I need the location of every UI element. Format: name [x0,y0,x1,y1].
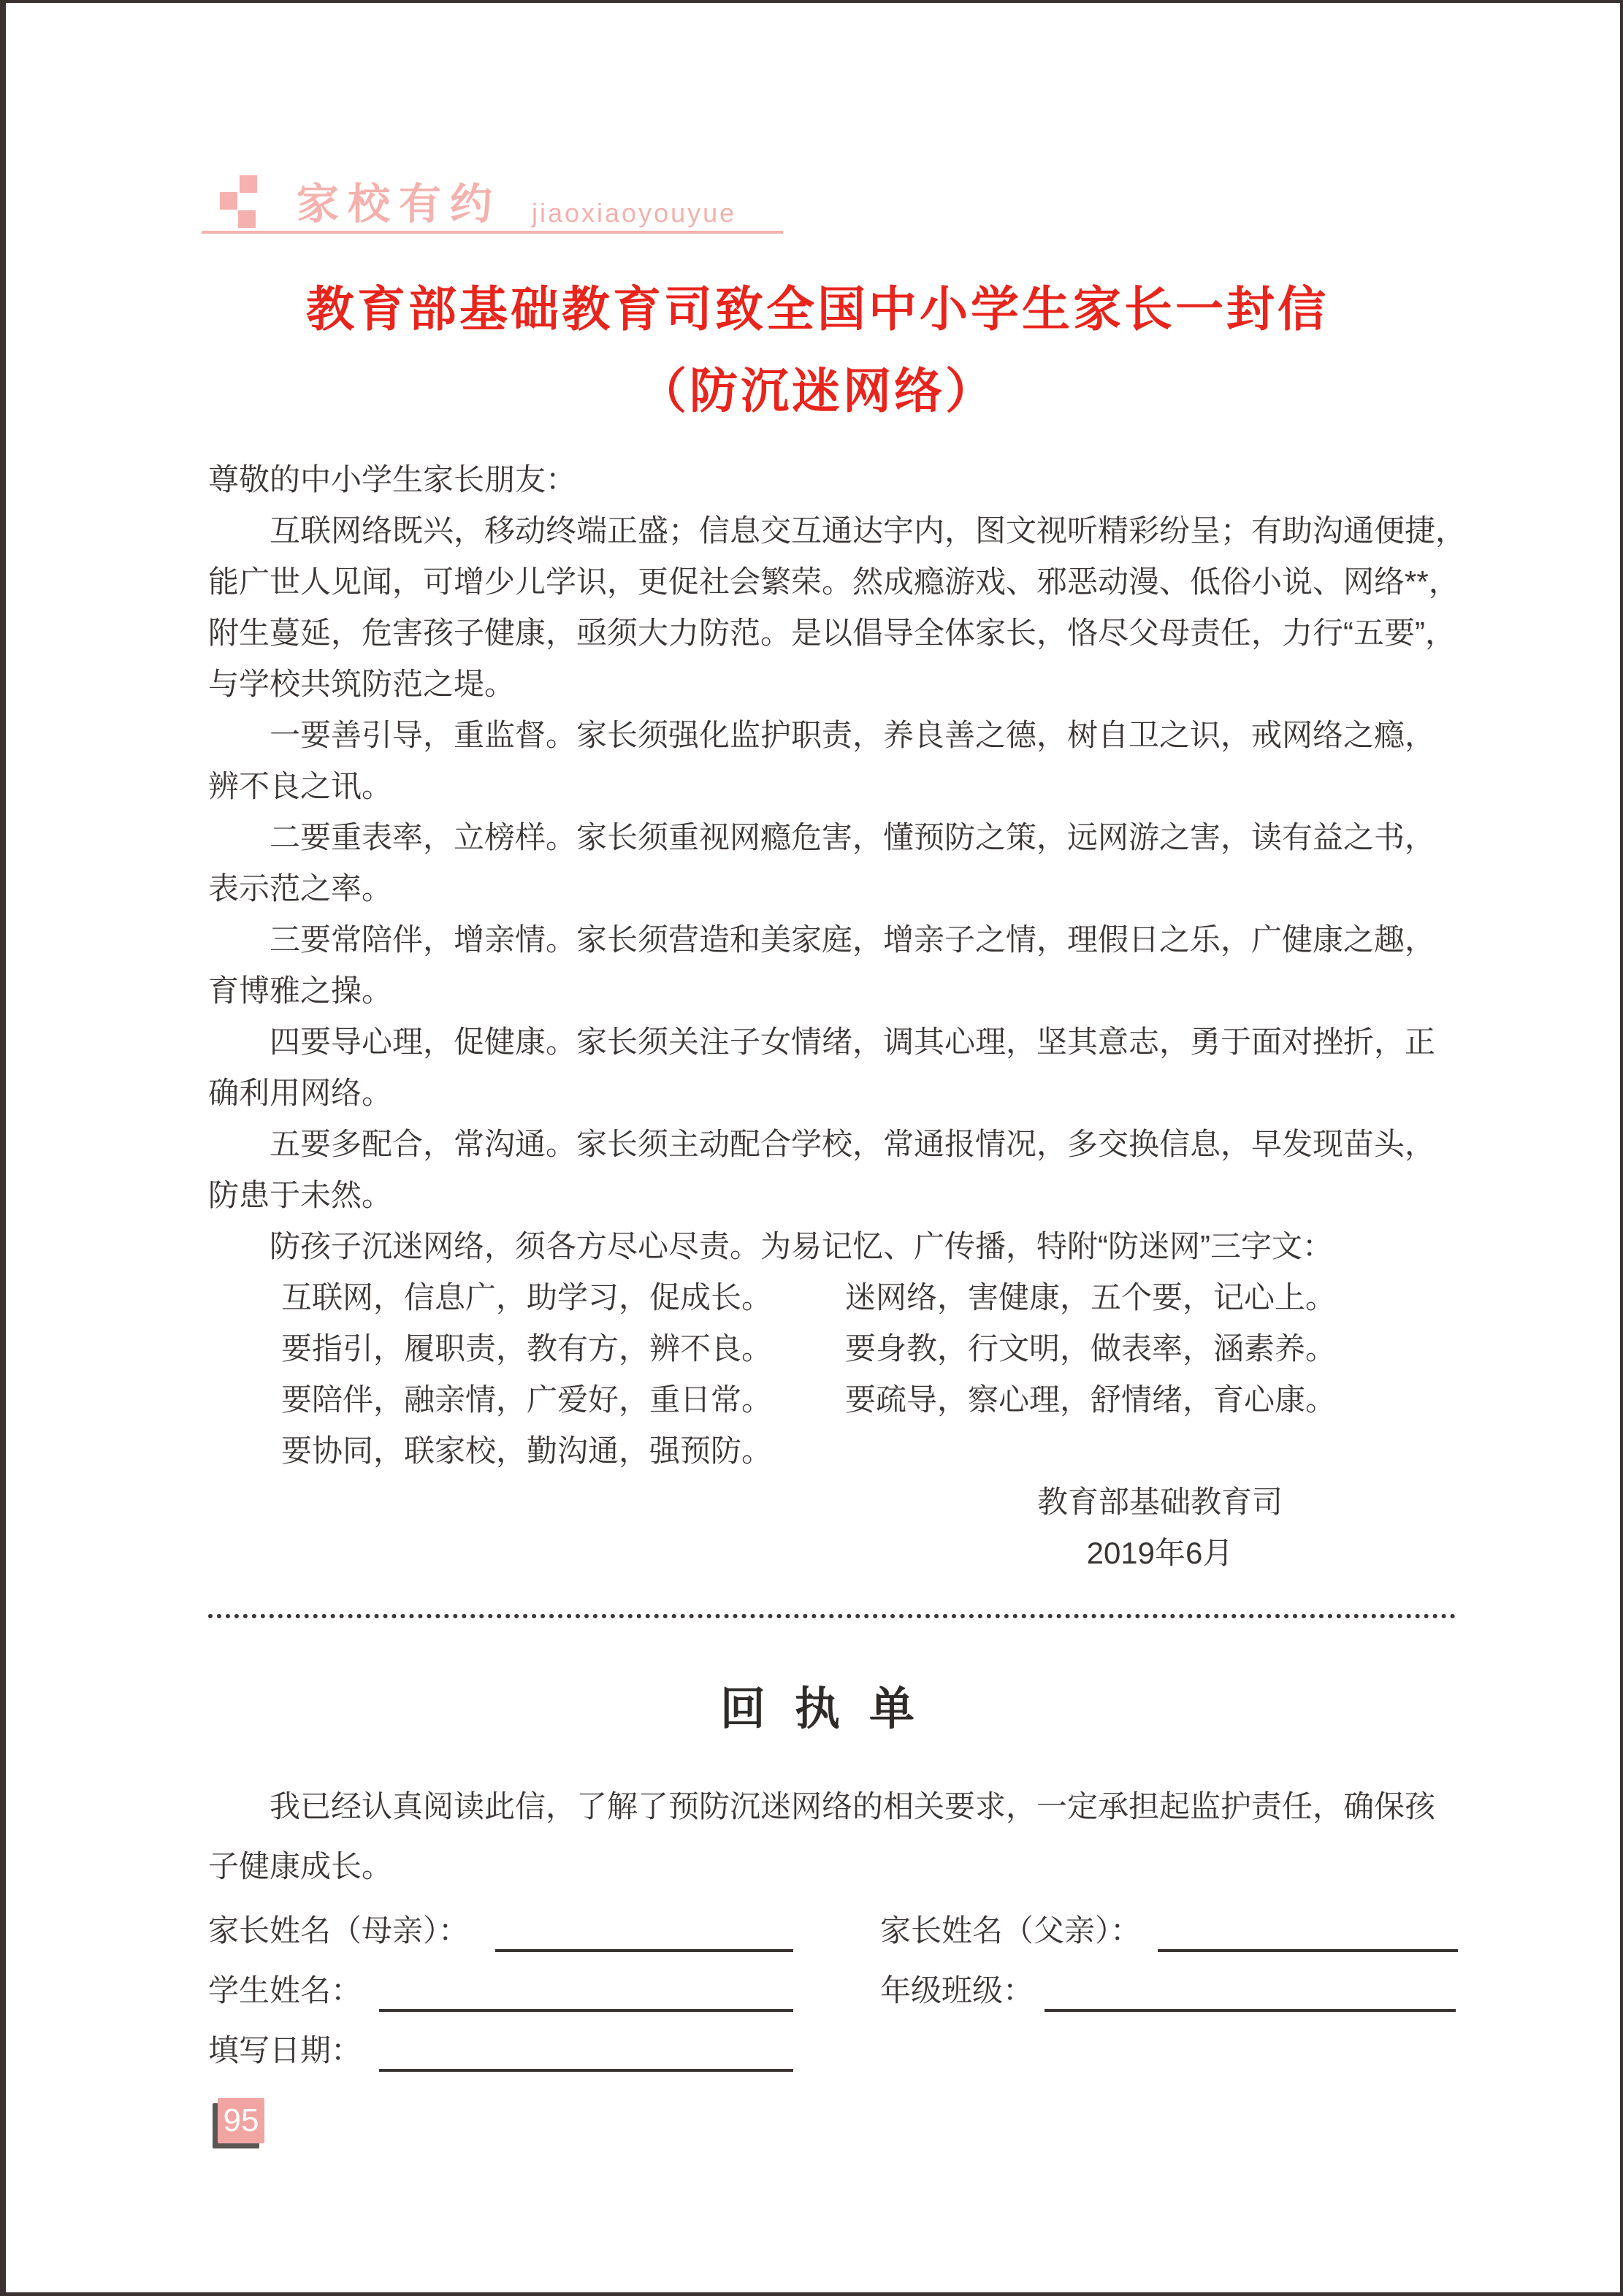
father-name-blank-line [1158,1949,1458,1952]
page-number-badge: 95 [218,2098,264,2143]
brand-logo-icon [220,175,258,229]
verse-row: 要协同，联家校，勤沟通，强预防。 [208,1426,1456,1477]
letter-title: 教育部基础教育司致全国中小学生家长一封信 [6,282,1623,339]
logo-square-icon [240,175,257,193]
letter-body: 尊敬的中小学生家长朋友： 互联网络既兴，移动终端正盛；信息交互通达宇内，图文视听… [208,454,1456,1272]
brand-title: 家校有约 [297,178,501,231]
brand-pinyin: jiaoxiaoyouyue [532,194,736,232]
letter-line: 与学校共筑防范之堤。 [208,659,1456,710]
letter-line: 附生蔓延，危害孩子健康，亟须大力防范。是以倡导全体家长，恪尽父母责任，力行“五要… [208,608,1456,659]
receipt-line: 我已经认真阅读此信，了解了预防沉迷网络的相关要求，一定承担起监护责任，确保孩 [208,1777,1456,1837]
verse-left: 要指引，履职责，教有方，辨不良。 [281,1331,772,1366]
fill-date-label: 填写日期： [208,2025,362,2076]
receipt-body: 我已经认真阅读此信，了解了预防沉迷网络的相关要求，一定承担起监护责任，确保孩子健… [208,1777,1456,1897]
grade-class-label: 年级班级： [880,1965,1034,2016]
letter-line: 四要导心理，促健康。家长须关注子女情绪，调其心理，坚其意志，勇于面对挫折，正 [208,1017,1456,1068]
verse-row: 互联网，信息广，助学习，促成长。迷网络，害健康，五个要，记心上。 [208,1272,1456,1323]
receipt-line: 子健康成长。 [208,1837,1456,1897]
letter-line: 一要善引导，重监督。家长须强化监护职责，养良善之德，树自卫之识，戒网络之瘾， [208,710,1456,761]
letter-line: 五要多配合，常沟通。家长须主动配合学校，常通报情况，多交换信息，早发现苗头， [208,1119,1456,1170]
fill-date-blank-line [379,2069,793,2072]
verse-right: 要身教，行文明，做表率，涵素养。 [845,1323,1336,1374]
student-name-label: 学生姓名： [208,1965,362,2016]
letter-line: 三要常陪伴，增亲情。家长须营造和美家庭，增亲子之情，理假日之乐，广健康之趣， [208,914,1456,965]
logo-square-icon [238,210,256,228]
document-page: 家校有约 jiaoxiaoyouyue 教育部基础教育司致全国中小学生家长一封信… [0,0,1623,2296]
verse-right: 迷网络，害健康，五个要，记心上。 [845,1272,1336,1323]
letter-line: 尊敬的中小学生家长朋友： [208,454,1456,505]
signature-date: 2019年6月 [933,1528,1386,1579]
letter-line: 辨不良之讯。 [208,761,1456,812]
letter-line: 互联网络既兴，移动终端正盛；信息交互通达宇内，图文视听精彩纷呈；有助沟通便捷， [208,505,1456,556]
father-name-label: 家长姓名（父亲）： [880,1905,1141,1956]
verse-block: 互联网，信息广，助学习，促成长。迷网络，害健康，五个要，记心上。要指引，履职责，… [208,1272,1456,1477]
letter-line: 育博雅之操。 [208,965,1456,1017]
verse-row: 要指引，履职责，教有方，辨不良。要身教，行文明，做表率，涵素养。 [208,1323,1456,1374]
verse-left: 互联网，信息广，助学习，促成长。 [281,1280,772,1315]
signature-org: 教育部基础教育司 [933,1477,1386,1528]
brand-underline [202,231,783,234]
letter-subtitle: （防沉迷网络） [6,364,1623,421]
logo-square-icon [220,192,237,210]
signature-block: 教育部基础教育司 2019年6月 [933,1477,1386,1579]
letter-line: 防患于未然。 [208,1170,1456,1221]
letter-line: 确利用网络。 [208,1068,1456,1119]
letter-line: 二要重表率，立榜样。家长须重视网瘾危害，懂预防之策，远网游之害，读有益之书， [208,812,1456,863]
student-name-blank-line [379,2009,793,2012]
letter-line: 防孩子沉迷网络，须各方尽心尽责。为易记忆、广传播，特附“防迷网”三字文： [208,1221,1456,1272]
dotted-divider [208,1614,1456,1618]
mother-name-blank-line [495,1949,793,1952]
verse-left: 要协同，联家校，勤沟通，强预防。 [281,1434,772,1468]
verse-left: 要陪伴，融亲情，广爱好，重日常。 [281,1382,772,1417]
receipt-title: 回执单 [6,1681,1623,1738]
verse-right: 要疏导，察心理，舒情绪，育心康。 [845,1374,1336,1426]
letter-line: 表示范之率。 [208,863,1456,914]
mother-name-label: 家长姓名（母亲）： [208,1905,469,1956]
verse-row: 要陪伴，融亲情，广爱好，重日常。要疏导，察心理，舒情绪，育心康。 [208,1374,1456,1426]
grade-class-blank-line [1045,2009,1456,2012]
letter-line: 能广世人见闻，可增少儿学识，更促社会繁荣。然成瘾游戏、邪恶动漫、低俗小说、网络*… [208,556,1456,608]
